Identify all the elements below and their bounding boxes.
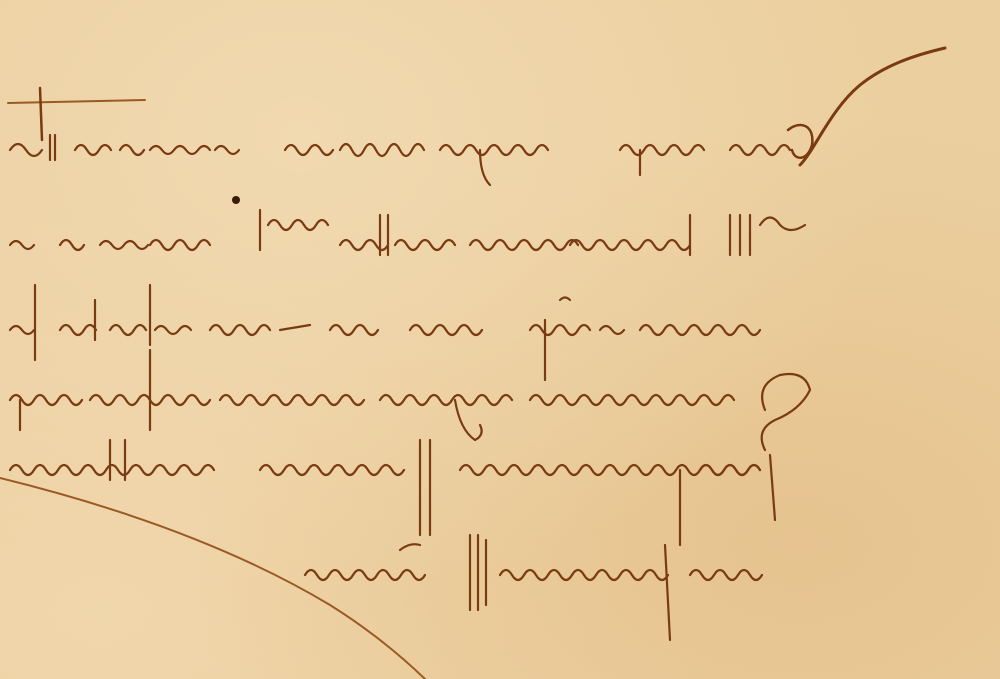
script-line-2 <box>10 210 805 255</box>
script-line-6 <box>305 535 762 640</box>
arc-line <box>0 478 425 679</box>
manuscript-page: Photograph of a manuscript page with bro… <box>0 0 1000 679</box>
script-line-1 <box>10 135 790 185</box>
script-line-4 <box>10 350 810 450</box>
script-line-5 <box>10 440 775 545</box>
ink-dot <box>232 196 240 204</box>
manuscript-drawing <box>0 0 1000 679</box>
top-left-stroke <box>8 100 145 103</box>
script-line-3 <box>10 285 760 380</box>
flourish-stroke <box>800 48 945 165</box>
